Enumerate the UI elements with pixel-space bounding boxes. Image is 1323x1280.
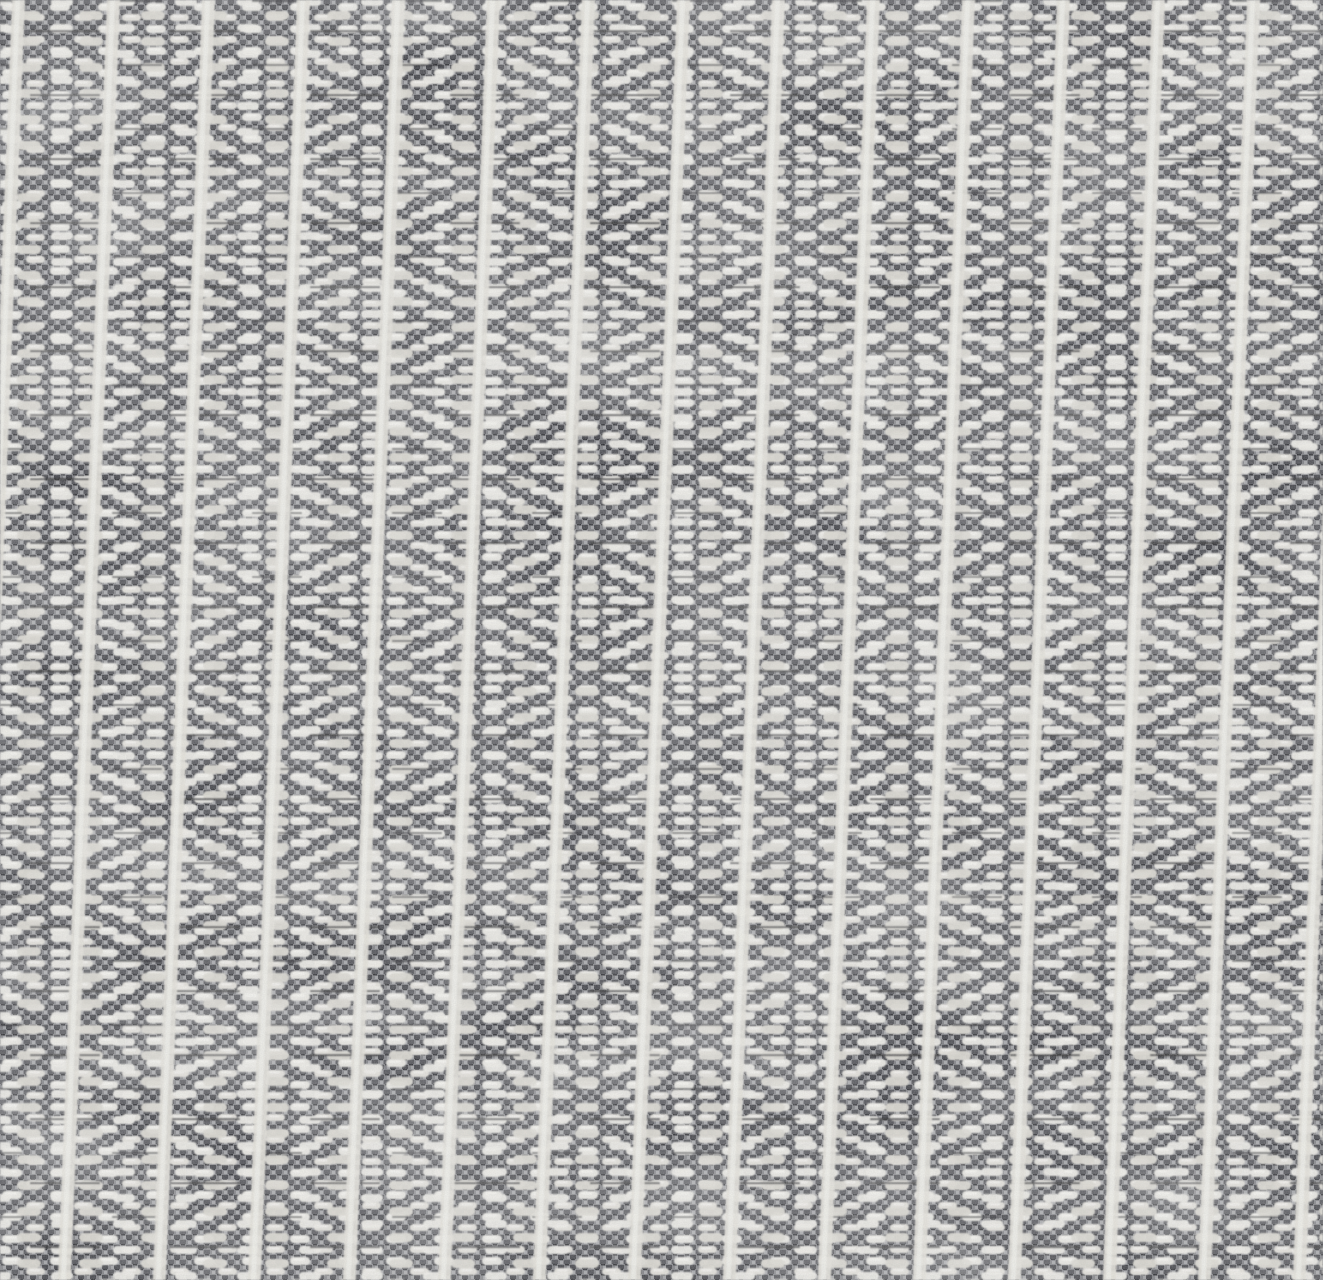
- woven-fabric-texture: [0, 0, 1323, 1280]
- fabric-texture-photo: Dense woven textile with off-white loope…: [0, 0, 1323, 1280]
